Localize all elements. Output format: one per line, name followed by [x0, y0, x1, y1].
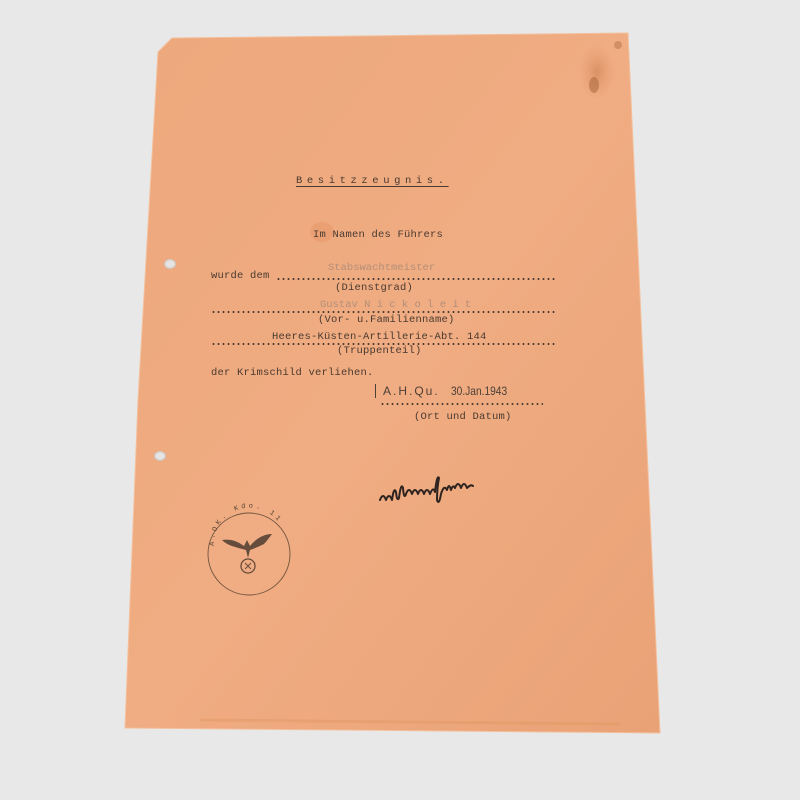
awarded-to-label: wurde dem: [211, 270, 270, 282]
rank-value: Stabswachtmeister: [328, 262, 435, 274]
name-caption: (Vor- u.Familienname): [318, 314, 455, 326]
preamble: Im Namen des Führers: [313, 229, 443, 241]
place-date-dotted-line: [380, 403, 543, 405]
rank-caption: (Dienstgrad): [335, 282, 413, 294]
award-statement: der Krimschild verliehen.: [211, 367, 374, 379]
document-sheet: Besitzzeugnis. Im Namen des Führers wurd…: [0, 0, 800, 800]
place-date-caption: (Ort und Datum): [414, 411, 512, 423]
stamp-mark: [375, 384, 376, 398]
name-value: Gustav N i c k o l e i t: [320, 299, 471, 311]
place-value: A.H.Qu.: [383, 384, 440, 398]
punch-hole-top: [164, 259, 176, 269]
date-value: 30.Jan.1943: [451, 384, 507, 398]
paper-background: [0, 0, 800, 800]
document-title: Besitzzeugnis.: [296, 175, 449, 187]
punch-hole-bottom: [154, 451, 166, 461]
unit-value: Heeres-Küsten-Artillerie-Abt. 144: [272, 331, 487, 343]
name-dotted-line: [211, 311, 556, 313]
rank-dotted-line: [276, 278, 556, 280]
unit-caption: (Truppenteil): [337, 345, 422, 357]
